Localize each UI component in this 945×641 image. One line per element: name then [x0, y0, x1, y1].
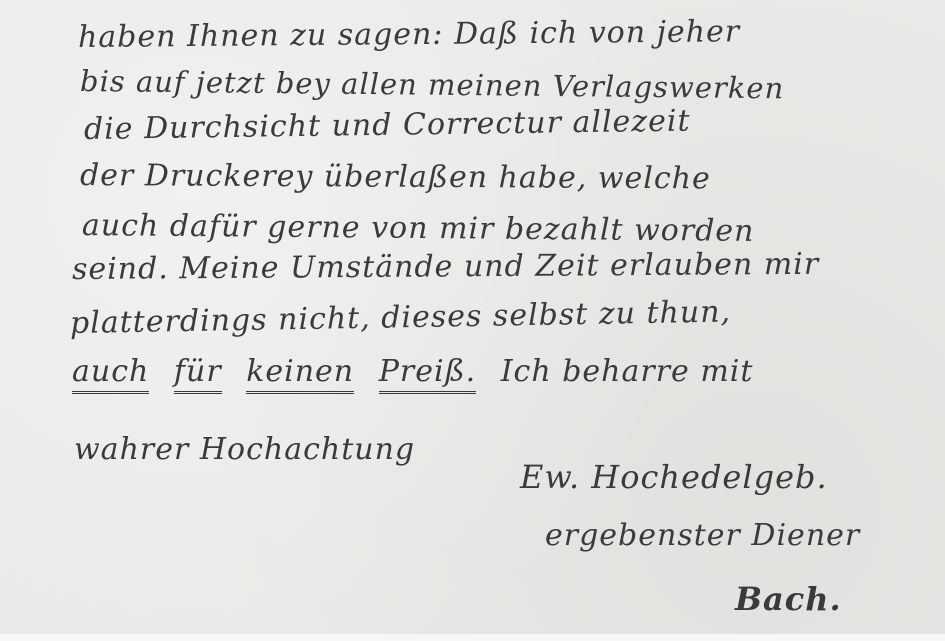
letter-line-8: auch für keinen Preiß. Ich beharre mit: [72, 354, 753, 394]
letter-line-3: die Durchsicht und Correctur allezeit: [84, 104, 691, 147]
letter-line-7: platterdings nicht, dieses selbst zu thu…: [70, 294, 732, 341]
underlined-word: auch: [72, 354, 149, 394]
page-edge: [0, 634, 945, 641]
letter-line-1: haben Ihnen zu sagen: Daß ich von jeher: [78, 14, 740, 55]
letter-line-6: seind. Meine Umstände und Zeit erlauben …: [72, 247, 819, 287]
letter-page: haben Ihnen zu sagen: Daß ich von jeher …: [0, 0, 945, 641]
underlined-word: keinen: [246, 354, 354, 394]
underlined-word: für: [174, 354, 222, 394]
letter-line-4: der Druckerey überlaßen habe, welche: [80, 158, 711, 196]
closing-salutation: Ew. Hochedelgeb.: [520, 458, 828, 496]
closing-title: ergebenster Diener: [545, 518, 860, 553]
signature: Bach.: [735, 580, 842, 618]
letter-line-9: wahrer Hochachtung: [74, 432, 415, 467]
line-8-rest: Ich beharre mit: [501, 354, 754, 389]
letter-line-5: auch dafür gerne von mir bezahlt worden: [82, 208, 755, 249]
underlined-word: Preiß.: [379, 354, 476, 394]
letter-line-2: bis auf jetzt bey allen meinen Verlagswe…: [80, 64, 785, 105]
